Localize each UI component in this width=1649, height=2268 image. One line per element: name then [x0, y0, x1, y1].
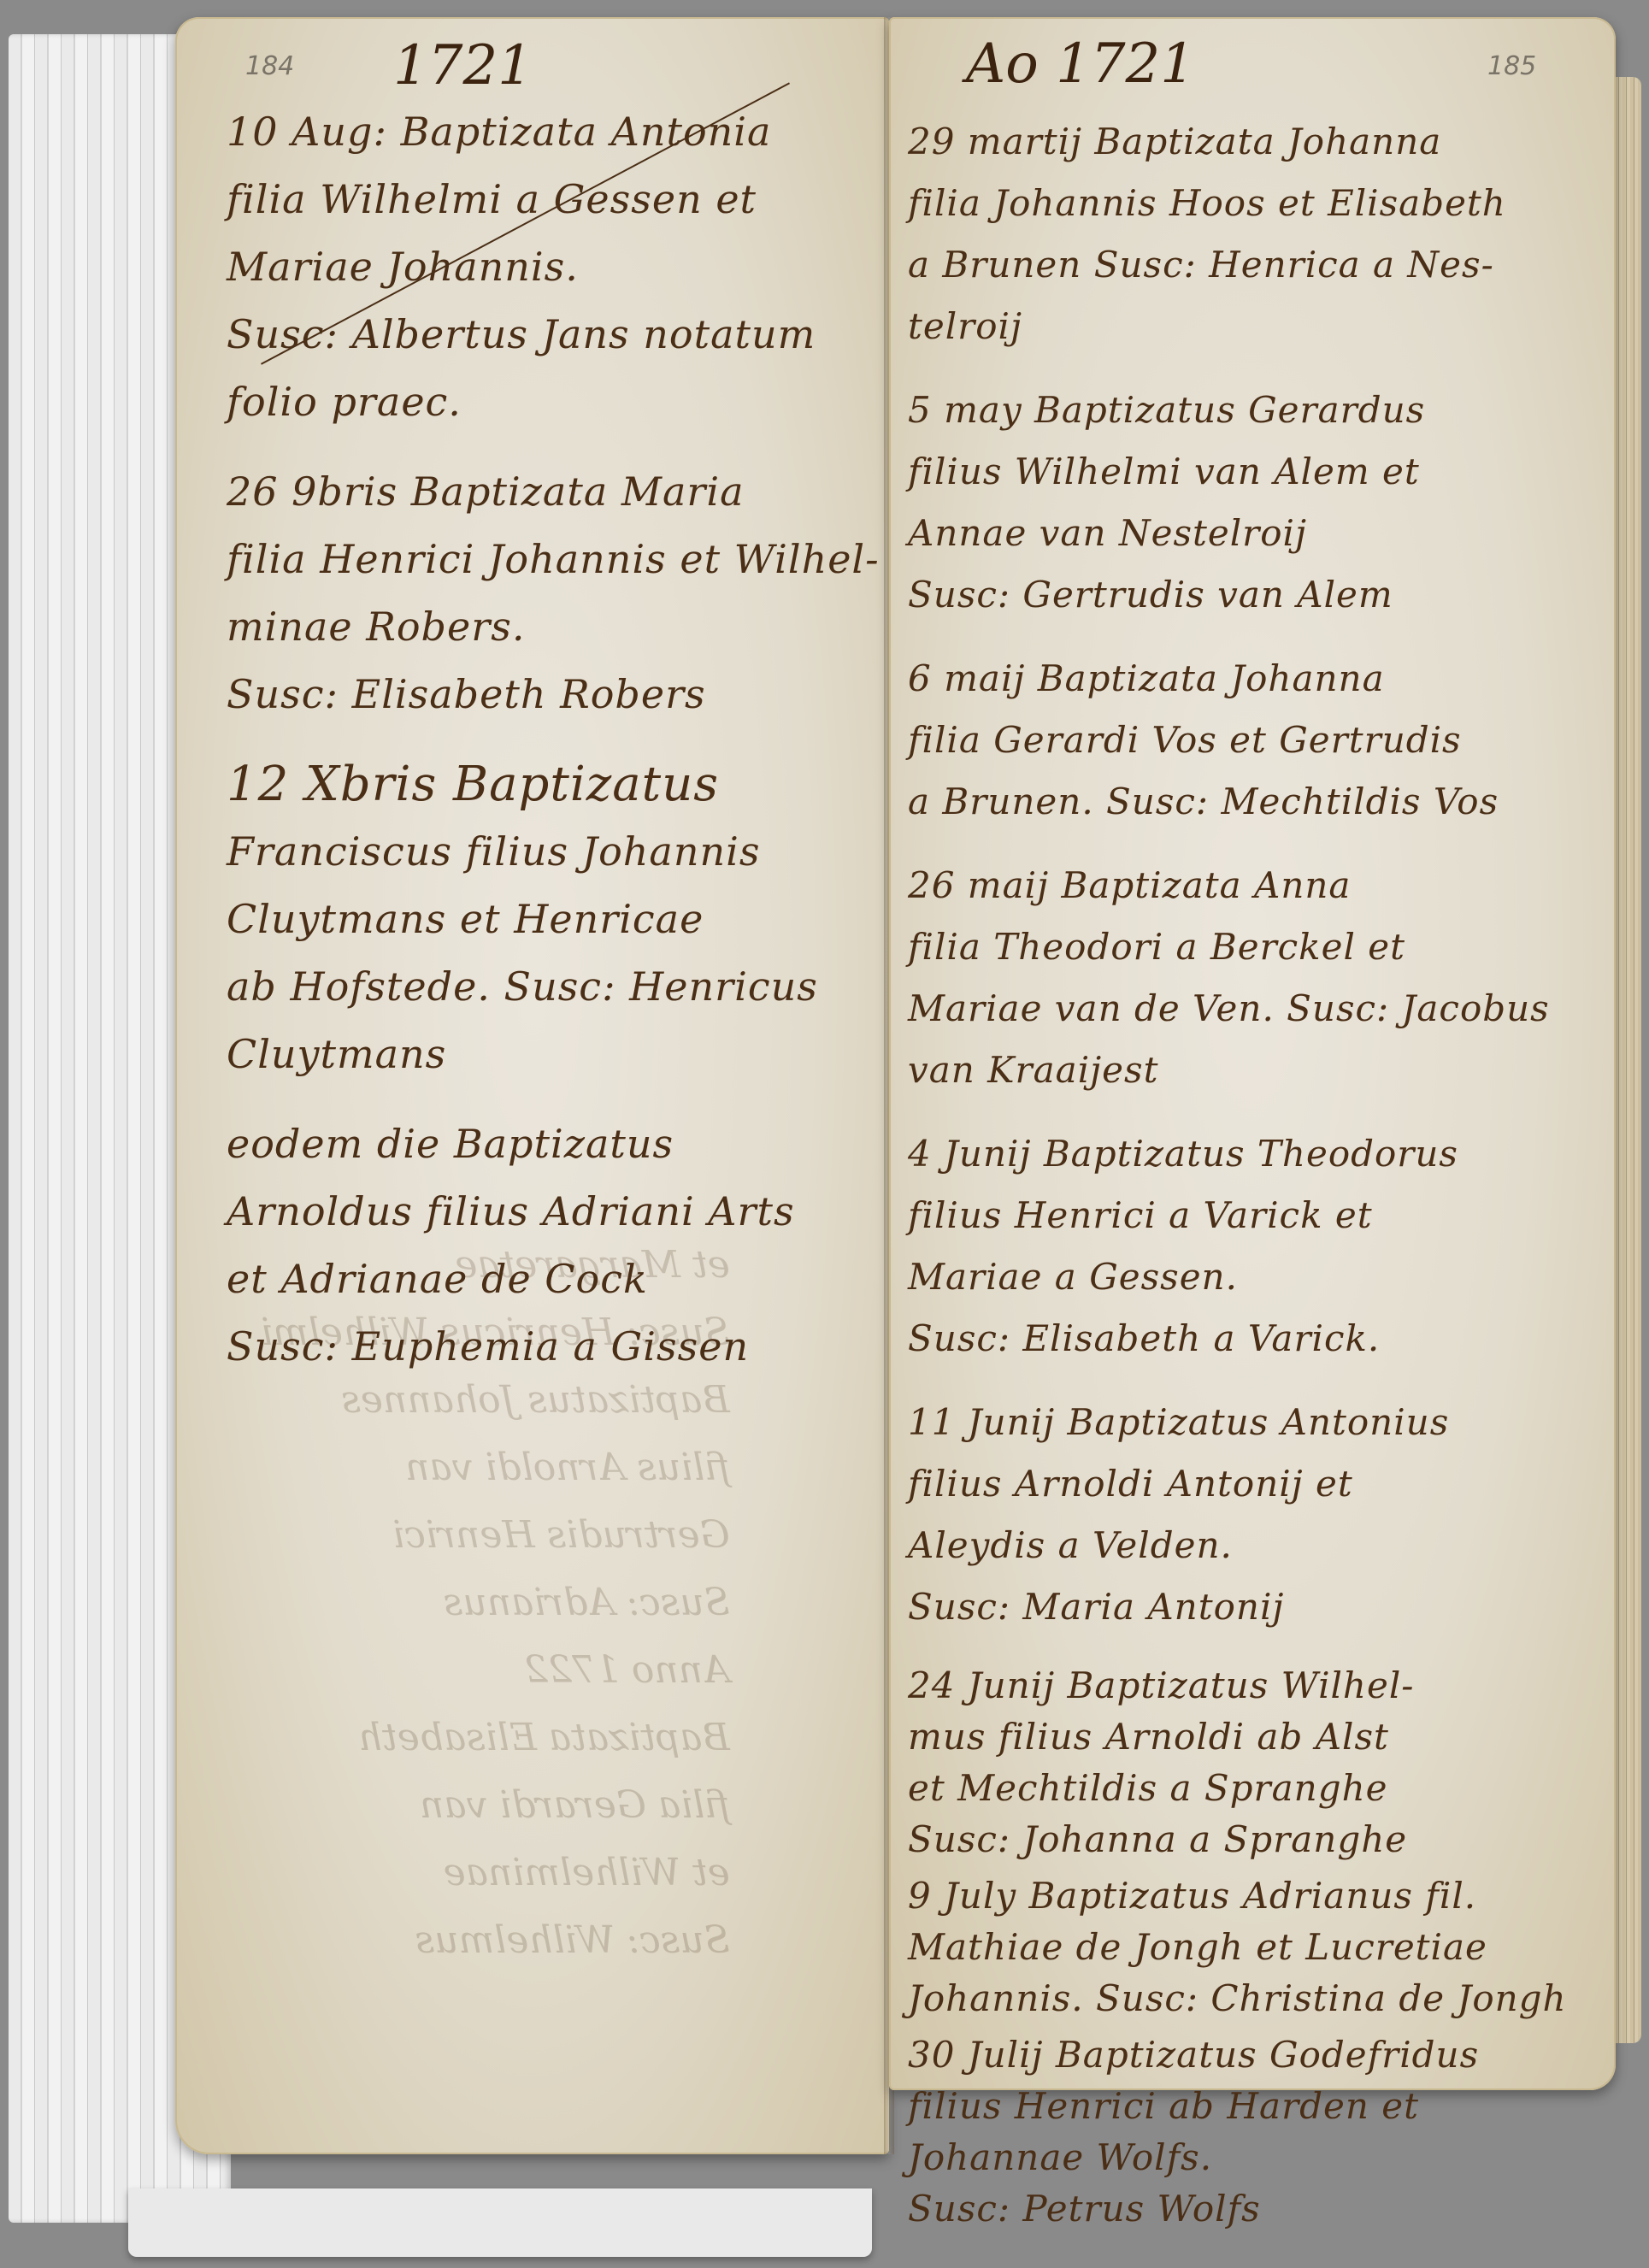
baptism-entry: 5 may Baptizatus Gerardus filius Wilhelm…	[908, 380, 1567, 626]
year-heading: 1721	[393, 34, 533, 97]
left-page-entries: 10 Aug: Baptizata Antonia filia Wilhelmi…	[227, 98, 880, 1403]
year-heading: Ao 1721	[966, 32, 1195, 96]
right-page: Ao 1721 185 29 martij Baptizata Johanna …	[889, 17, 1616, 2090]
folio-number: 185	[1487, 51, 1536, 81]
baptism-entry: 29 martij Baptizata Johanna filia Johann…	[908, 111, 1567, 357]
baptism-entry: 30 Julij Baptizatus Godefridus filius He…	[908, 2029, 1567, 2235]
baptism-entry: 10 Aug: Baptizata Antonia filia Wilhelmi…	[227, 98, 880, 436]
baptism-entry: 11 Junij Baptizatus Antonius filius Arno…	[908, 1392, 1567, 1638]
left-page: 184 1721 et Margaretae Susc: Henricus Wi…	[175, 17, 889, 2154]
baptism-entry: 9 July Baptizatus Adrianus fil. Mathiae …	[908, 1870, 1567, 2024]
baptism-entry: 26 maij Baptizata Anna filia Theodori a …	[908, 855, 1567, 1101]
baptism-entry: 6 maij Baptizata Johanna filia Gerardi V…	[908, 648, 1567, 833]
baptism-entry: 24 Junij Baptizatus Wilhel- mus filius A…	[908, 1660, 1567, 1865]
baptism-entry: eodem die Baptizatus Arnoldus filius Adr…	[227, 1110, 880, 1381]
page-stack-bottom	[128, 2188, 872, 2257]
folio-number: 184	[245, 51, 294, 81]
right-page-entries: 29 martij Baptizata Johanna filia Johann…	[908, 111, 1567, 2257]
baptism-entry: 4 Junij Baptizatus Theodorus filius Henr…	[908, 1123, 1567, 1370]
baptism-entry: 12 Xbris Baptizatus Franciscus filius Jo…	[227, 751, 880, 1088]
baptism-entry: 26 9bris Baptizata Maria filia Henrici J…	[227, 458, 880, 728]
